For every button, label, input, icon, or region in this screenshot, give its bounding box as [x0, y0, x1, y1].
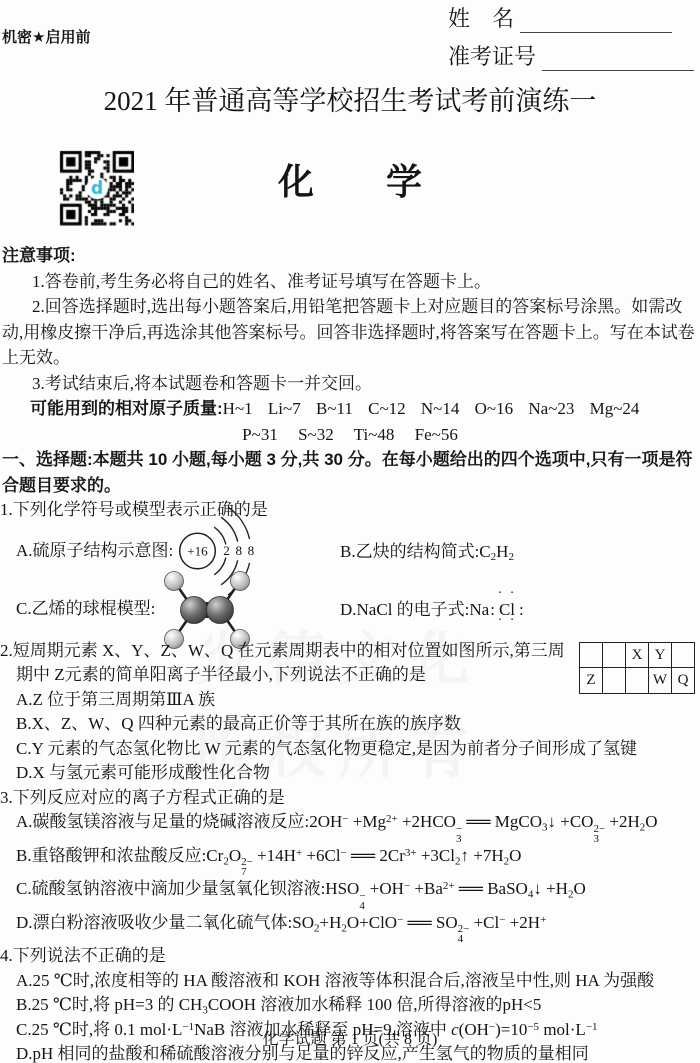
- question-1: 1.下列化学符号或模型表示正确的是 A.硫原子结构示意图: +16 2 8 8 …: [0, 498, 700, 639]
- qr-code: [58, 148, 134, 226]
- name-field-row: 姓 名: [448, 0, 694, 33]
- option-c: C.硫酸氢钠溶液中滴加少量氢氧化钡溶液:HSO−4 +OH− +Ba2+ ══ …: [16, 877, 698, 911]
- option-d: D.X 与氢元素可能形成酸性化合物: [16, 761, 698, 786]
- period-table-cell: [603, 668, 626, 694]
- question-2: XYZWQ 2.短周期元素 X、Y、Z、W、Q 在元素周期表中的相对位置如图所示…: [0, 639, 700, 786]
- svg-text:8: 8: [236, 543, 243, 558]
- atomic-mass-line-1: 可能用到的相对原子质量:H~1 Li~7 B~11 C~12 N~14 O~16…: [0, 396, 700, 422]
- period-table-cell: [603, 642, 626, 668]
- option-b: B.重铬酸钾和浓盐酸反应:Cr2O2−7 +14H+ +6Cl− ══ 2Cr3…: [16, 844, 698, 878]
- electron-dots-left: :: [490, 599, 495, 618]
- atomic-mass-values-1: H~1 Li~7 B~11 C~12 N~14 O~16 Na~23 Mg~24: [223, 399, 640, 418]
- option-a: A.碳酸氢镁溶液与足量的烧碱溶液反应:2OH− +Mg2+ +2HCO−3 ══…: [16, 810, 698, 844]
- period-table-cell: Q: [672, 668, 695, 694]
- electron-dots-right: :: [519, 599, 524, 618]
- option-b: B.25 ℃时,将 pH=3 的 CH3COOH 溶液加水稀释 100 倍,所得…: [16, 993, 698, 1018]
- option-d: D.漂白粉溶液吸收少量二氧化硫气体:SO2+H2O+ClO− ══ SO2−4 …: [16, 911, 698, 945]
- page-header: 机密★启用前 姓 名 准考证号: [0, 0, 700, 70]
- page-footer: 化学试题 第 1 页(共 8 页): [0, 1026, 700, 1049]
- option-a: A.25 ℃时,浓度相等的 HA 酸溶液和 KOH 溶液等体积混合后,溶液呈中性…: [16, 969, 698, 994]
- nacl-electron-formula: Na:· ·Cl· ·:: [469, 599, 524, 618]
- period-table-cell: [580, 642, 603, 668]
- student-fields: 姓 名 准考证号: [448, 0, 694, 76]
- question-4-stem: 4.下列说法不正确的是: [16, 944, 698, 969]
- svg-text:2: 2: [224, 543, 231, 558]
- period-table-cell: Y: [649, 642, 672, 668]
- exam-title: 2021 年普通高等学校招生考试考前演练一: [0, 86, 700, 116]
- electron-dots-bottom: · ·: [498, 618, 517, 624]
- electron-dots-top: · ·: [498, 590, 517, 596]
- note-item-3: 3.考试结束后,将本试题卷和答题卡一并交回。: [0, 371, 700, 397]
- note-item-1: 1.答卷前,考生务必将自己的姓名、准考证号填写在答题卡上。: [0, 269, 700, 295]
- atomic-mass-line-2: P~31 S~32 Ti~48 Fe~56: [0, 422, 700, 448]
- option-b: B.乙炔的结构简式:C2H2: [340, 539, 514, 564]
- period-table-cell: X: [626, 642, 649, 668]
- question-1-stem: 1.下列化学符号或模型表示正确的是: [16, 498, 698, 523]
- question-1-row-cd: C.乙烯的球棍模型:: [16, 581, 698, 639]
- question-3: 3.下列反应对应的离子方程式正确的是 A.碳酸氢镁溶液与足量的烧碱溶液反应:2O…: [0, 786, 700, 945]
- svg-text:8: 8: [248, 543, 255, 558]
- section-heading: 一、选择题:本题共 10 小题,每小题 3 分,共 30 分。在每小题给出的四个…: [0, 447, 700, 498]
- notes-heading: 注意事项:: [0, 243, 700, 269]
- note-item-2: 2.回答选择题时,选出每小题答案后,用铅笔把答题卡上对应题目的答案标号涂黑。如需…: [0, 294, 700, 371]
- option-c: C.Y 元素的气态氢化物比 W 元素的气态氢化物更稳定,是因为前者分子间形成了氢…: [16, 737, 698, 762]
- name-blank: [520, 6, 672, 33]
- ticket-blank: [542, 44, 694, 71]
- period-table-cell: Z: [580, 668, 603, 694]
- atomic-mass-label: 可能用到的相对原子质量:: [30, 399, 223, 418]
- name-label: 姓 名: [448, 2, 514, 33]
- exam-paper-page: { "colors": { "ink": "#151515", "qr_logo…: [0, 0, 700, 1063]
- question-1-row-ab: A.硫原子结构示意图: +16 2 8 8 B.乙炔的结构简式:C2H2: [16, 523, 698, 581]
- option-b: B.X、Z、W、Q 四种元素的最高正价等于其所在族的族序数: [16, 712, 698, 737]
- subject-row: 化 学: [0, 116, 700, 228]
- period-table-cell: W: [649, 668, 672, 694]
- svg-text:+16: +16: [187, 543, 208, 558]
- confidential-label: 机密★启用前: [2, 26, 90, 47]
- period-table: XYZWQ: [579, 642, 695, 694]
- option-a-label: A.硫原子结构示意图:: [16, 539, 173, 564]
- option-c-label: C.乙烯的球棍模型:: [16, 597, 155, 622]
- period-table-cell: [626, 668, 649, 694]
- option-d: D.NaCl 的电子式:Na:· ·Cl· ·:: [340, 597, 525, 622]
- question-3-stem: 3.下列反应对应的离子方程式正确的是: [16, 786, 698, 811]
- option-d-label: D.NaCl 的电子式:: [340, 599, 469, 618]
- ticket-field-row: 准考证号: [448, 38, 694, 71]
- period-table-cell: [672, 642, 695, 668]
- ticket-label: 准考证号: [448, 40, 536, 71]
